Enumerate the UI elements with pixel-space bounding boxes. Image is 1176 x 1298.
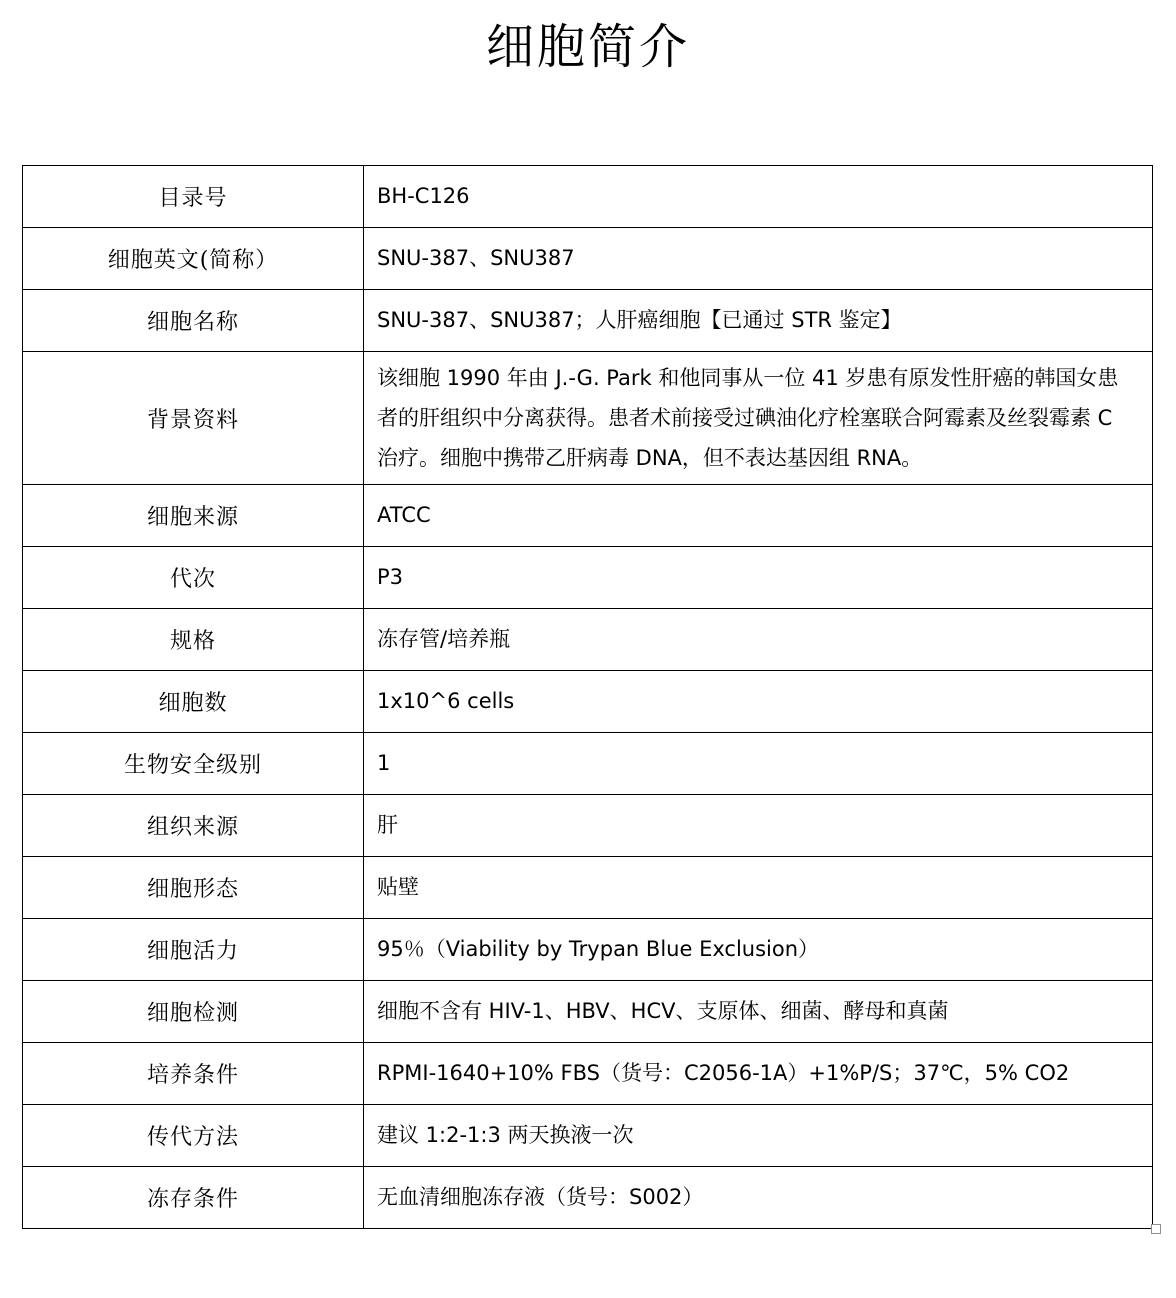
row-value-cell: 建议 1:2-1:3 两天换液一次 (364, 1105, 1153, 1167)
table-row: 细胞形态 贴壁 (23, 857, 1153, 919)
row-label-cell: 细胞来源 (23, 485, 364, 547)
row-value-cell: 贴壁 (364, 857, 1153, 919)
row-value-cell: 细胞不含有 HIV-1、HBV、HCV、支原体、细菌、酵母和真菌 (364, 981, 1153, 1043)
table-row: 细胞名称 SNU-387、SNU387；人肝癌细胞【已通过 STR 鉴定】 (23, 290, 1153, 352)
table-row: 背景资料 该细胞 1990 年由 J.-G. Park 和他同事从一位 41 岁… (23, 352, 1153, 485)
row-label-cell: 冻存条件 (23, 1167, 364, 1229)
table-resize-handle[interactable] (1151, 1224, 1161, 1234)
table-row: 传代方法 建议 1:2-1:3 两天换液一次 (23, 1105, 1153, 1167)
row-value-cell: 肝 (364, 795, 1153, 857)
page-title: 细胞简介 (0, 8, 1176, 77)
table-row: 规格 冻存管/培养瓶 (23, 609, 1153, 671)
table-row: 目录号 BH-C126 (23, 166, 1153, 228)
table-row: 细胞数 1x10^6 cells (23, 671, 1153, 733)
table-row: 培养条件 RPMI-1640+10% FBS（货号：C2056-1A）+1%P/… (23, 1043, 1153, 1105)
row-value-cell: ATCC (364, 485, 1153, 547)
row-value-cell: RPMI-1640+10% FBS（货号：C2056-1A）+1%P/S；37℃… (364, 1043, 1153, 1105)
row-value-cell: 95％（Viability by Trypan Blue Exclusion） (364, 919, 1153, 981)
row-value-cell: 冻存管/培养瓶 (364, 609, 1153, 671)
row-label-cell: 细胞名称 (23, 290, 364, 352)
row-value-cell: SNU-387、SNU387 (364, 228, 1153, 290)
row-value-cell: 1x10^6 cells (364, 671, 1153, 733)
row-label-cell: 生物安全级别 (23, 733, 364, 795)
row-label-cell: 目录号 (23, 166, 364, 228)
row-label-cell: 传代方法 (23, 1105, 364, 1167)
row-label-cell: 背景资料 (23, 352, 364, 485)
row-label-cell: 细胞检测 (23, 981, 364, 1043)
row-label-cell: 培养条件 (23, 1043, 364, 1105)
row-value-cell: SNU-387、SNU387；人肝癌细胞【已通过 STR 鉴定】 (364, 290, 1153, 352)
cell-info-table: 目录号 BH-C126 细胞英文(简称） SNU-387、SNU387 细胞名称… (22, 165, 1153, 1229)
table-row: 细胞英文(简称） SNU-387、SNU387 (23, 228, 1153, 290)
table-row: 生物安全级别 1 (23, 733, 1153, 795)
row-value-cell: 1 (364, 733, 1153, 795)
table-row: 冻存条件 无血清细胞冻存液（货号：S002） (23, 1167, 1153, 1229)
row-label-cell: 细胞活力 (23, 919, 364, 981)
row-label-cell: 规格 (23, 609, 364, 671)
row-value-cell: 无血清细胞冻存液（货号：S002） (364, 1167, 1153, 1229)
table-row: 细胞检测 细胞不含有 HIV-1、HBV、HCV、支原体、细菌、酵母和真菌 (23, 981, 1153, 1043)
table-row: 细胞活力 95％（Viability by Trypan Blue Exclus… (23, 919, 1153, 981)
row-value-cell: P3 (364, 547, 1153, 609)
table-row: 细胞来源 ATCC (23, 485, 1153, 547)
row-label-cell: 细胞英文(简称） (23, 228, 364, 290)
row-value-cell: BH-C126 (364, 166, 1153, 228)
row-label-cell: 细胞形态 (23, 857, 364, 919)
table-row: 代次 P3 (23, 547, 1153, 609)
row-label-cell: 组织来源 (23, 795, 364, 857)
row-label-cell: 代次 (23, 547, 364, 609)
table-row: 组织来源 肝 (23, 795, 1153, 857)
row-value-cell: 该细胞 1990 年由 J.-G. Park 和他同事从一位 41 岁患有原发性… (364, 352, 1153, 485)
row-label-cell: 细胞数 (23, 671, 364, 733)
